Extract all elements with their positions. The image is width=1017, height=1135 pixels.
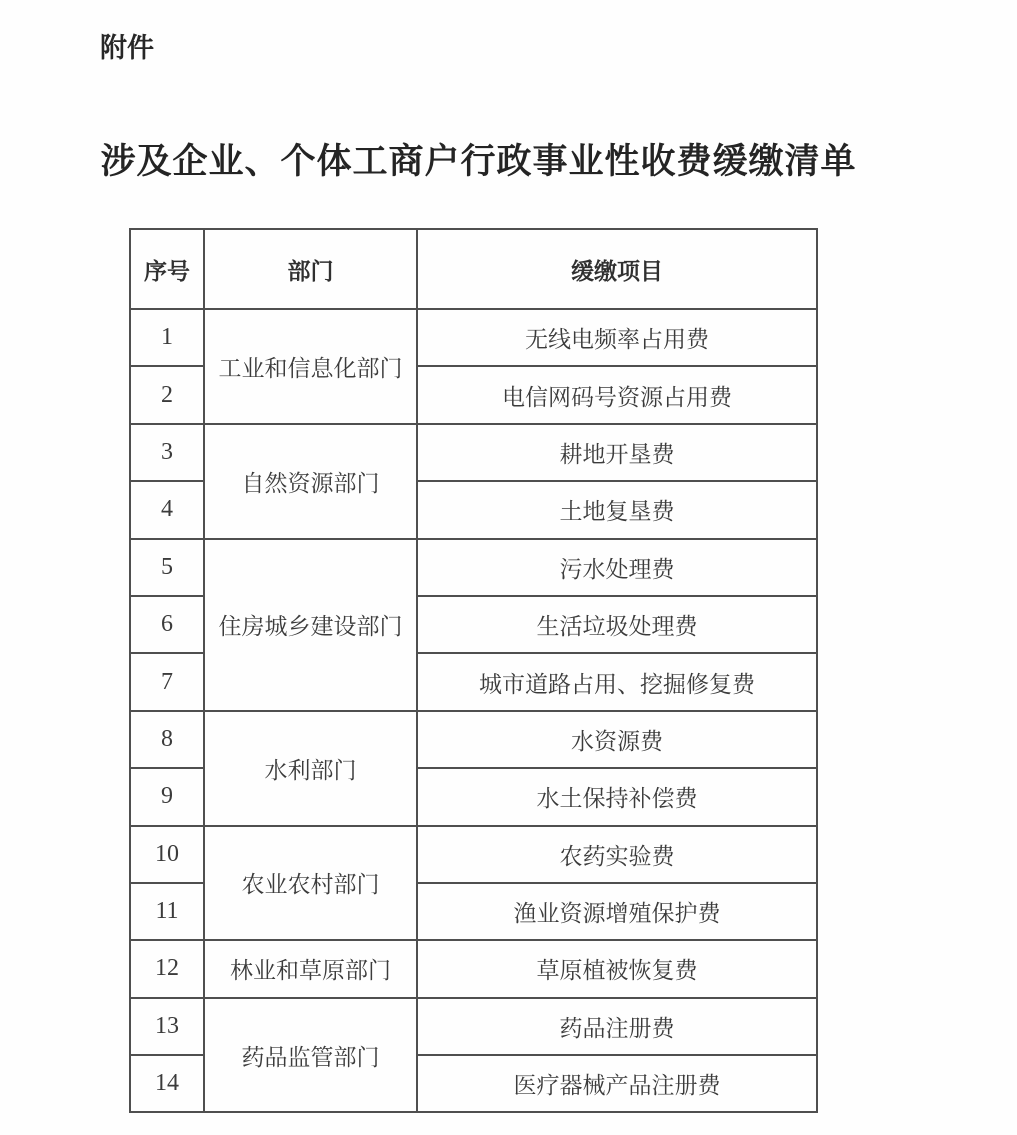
department-cell: 自然资源部门: [204, 424, 417, 539]
fee-item-cell: 生活垃圾处理费: [417, 596, 817, 653]
fee-item-cell: 耕地开垦费: [417, 424, 817, 481]
department-cell: 农业农村部门: [204, 826, 417, 941]
fee-item-cell: 药品注册费: [417, 998, 817, 1055]
fee-item-cell: 无线电频率占用费: [417, 309, 817, 366]
table-row: 12林业和草原部门草原植被恢复费: [130, 940, 817, 997]
serial-number-cell: 7: [130, 653, 204, 710]
department-cell: 林业和草原部门: [204, 940, 417, 997]
fee-item-cell: 城市道路占用、挖掘修复费: [417, 653, 817, 710]
serial-number-cell: 5: [130, 539, 204, 596]
serial-number-cell: 6: [130, 596, 204, 653]
header-serial-number: 序号: [130, 229, 204, 309]
serial-number-cell: 2: [130, 366, 204, 423]
page-title: 涉及企业、个体工商户行政事业性收费缓缴清单: [60, 134, 897, 184]
fee-item-cell: 草原植被恢复费: [417, 940, 817, 997]
table-row: 10农业农村部门农药实验费: [130, 826, 817, 883]
table-row: 3自然资源部门耕地开垦费: [130, 424, 817, 481]
header-deferred-item: 缓缴项目: [417, 229, 817, 309]
serial-number-cell: 8: [130, 711, 204, 768]
attachment-label: 附件: [100, 26, 154, 65]
serial-number-cell: 1: [130, 309, 204, 366]
department-cell: 药品监管部门: [204, 998, 417, 1113]
department-cell: 工业和信息化部门: [204, 309, 417, 424]
document-page: 附件 涉及企业、个体工商户行政事业性收费缓缴清单 序号 部门 缓缴项目 1工业和…: [0, 0, 1017, 1135]
fee-item-cell: 水土保持补偿费: [417, 768, 817, 825]
serial-number-cell: 3: [130, 424, 204, 481]
fee-item-cell: 水资源费: [417, 711, 817, 768]
fee-item-cell: 渔业资源增殖保护费: [417, 883, 817, 940]
fee-item-cell: 农药实验费: [417, 826, 817, 883]
serial-number-cell: 13: [130, 998, 204, 1055]
table-row: 8水利部门水资源费: [130, 711, 817, 768]
fee-item-cell: 电信网码号资源占用费: [417, 366, 817, 423]
serial-number-cell: 12: [130, 940, 204, 997]
fee-table: 序号 部门 缓缴项目 1工业和信息化部门无线电频率占用费2电信网码号资源占用费3…: [129, 228, 818, 1113]
department-cell: 水利部门: [204, 711, 417, 826]
table-row: 5住房城乡建设部门污水处理费: [130, 539, 817, 596]
serial-number-cell: 9: [130, 768, 204, 825]
table-row: 1工业和信息化部门无线电频率占用费: [130, 309, 817, 366]
serial-number-cell: 10: [130, 826, 204, 883]
fee-item-cell: 医疗器械产品注册费: [417, 1055, 817, 1112]
fee-item-cell: 污水处理费: [417, 539, 817, 596]
table-header-row: 序号 部门 缓缴项目: [130, 229, 817, 309]
department-cell: 住房城乡建设部门: [204, 539, 417, 711]
fee-item-cell: 土地复垦费: [417, 481, 817, 538]
serial-number-cell: 4: [130, 481, 204, 538]
serial-number-cell: 11: [130, 883, 204, 940]
serial-number-cell: 14: [130, 1055, 204, 1112]
table-row: 13药品监管部门药品注册费: [130, 998, 817, 1055]
header-department: 部门: [204, 229, 417, 309]
